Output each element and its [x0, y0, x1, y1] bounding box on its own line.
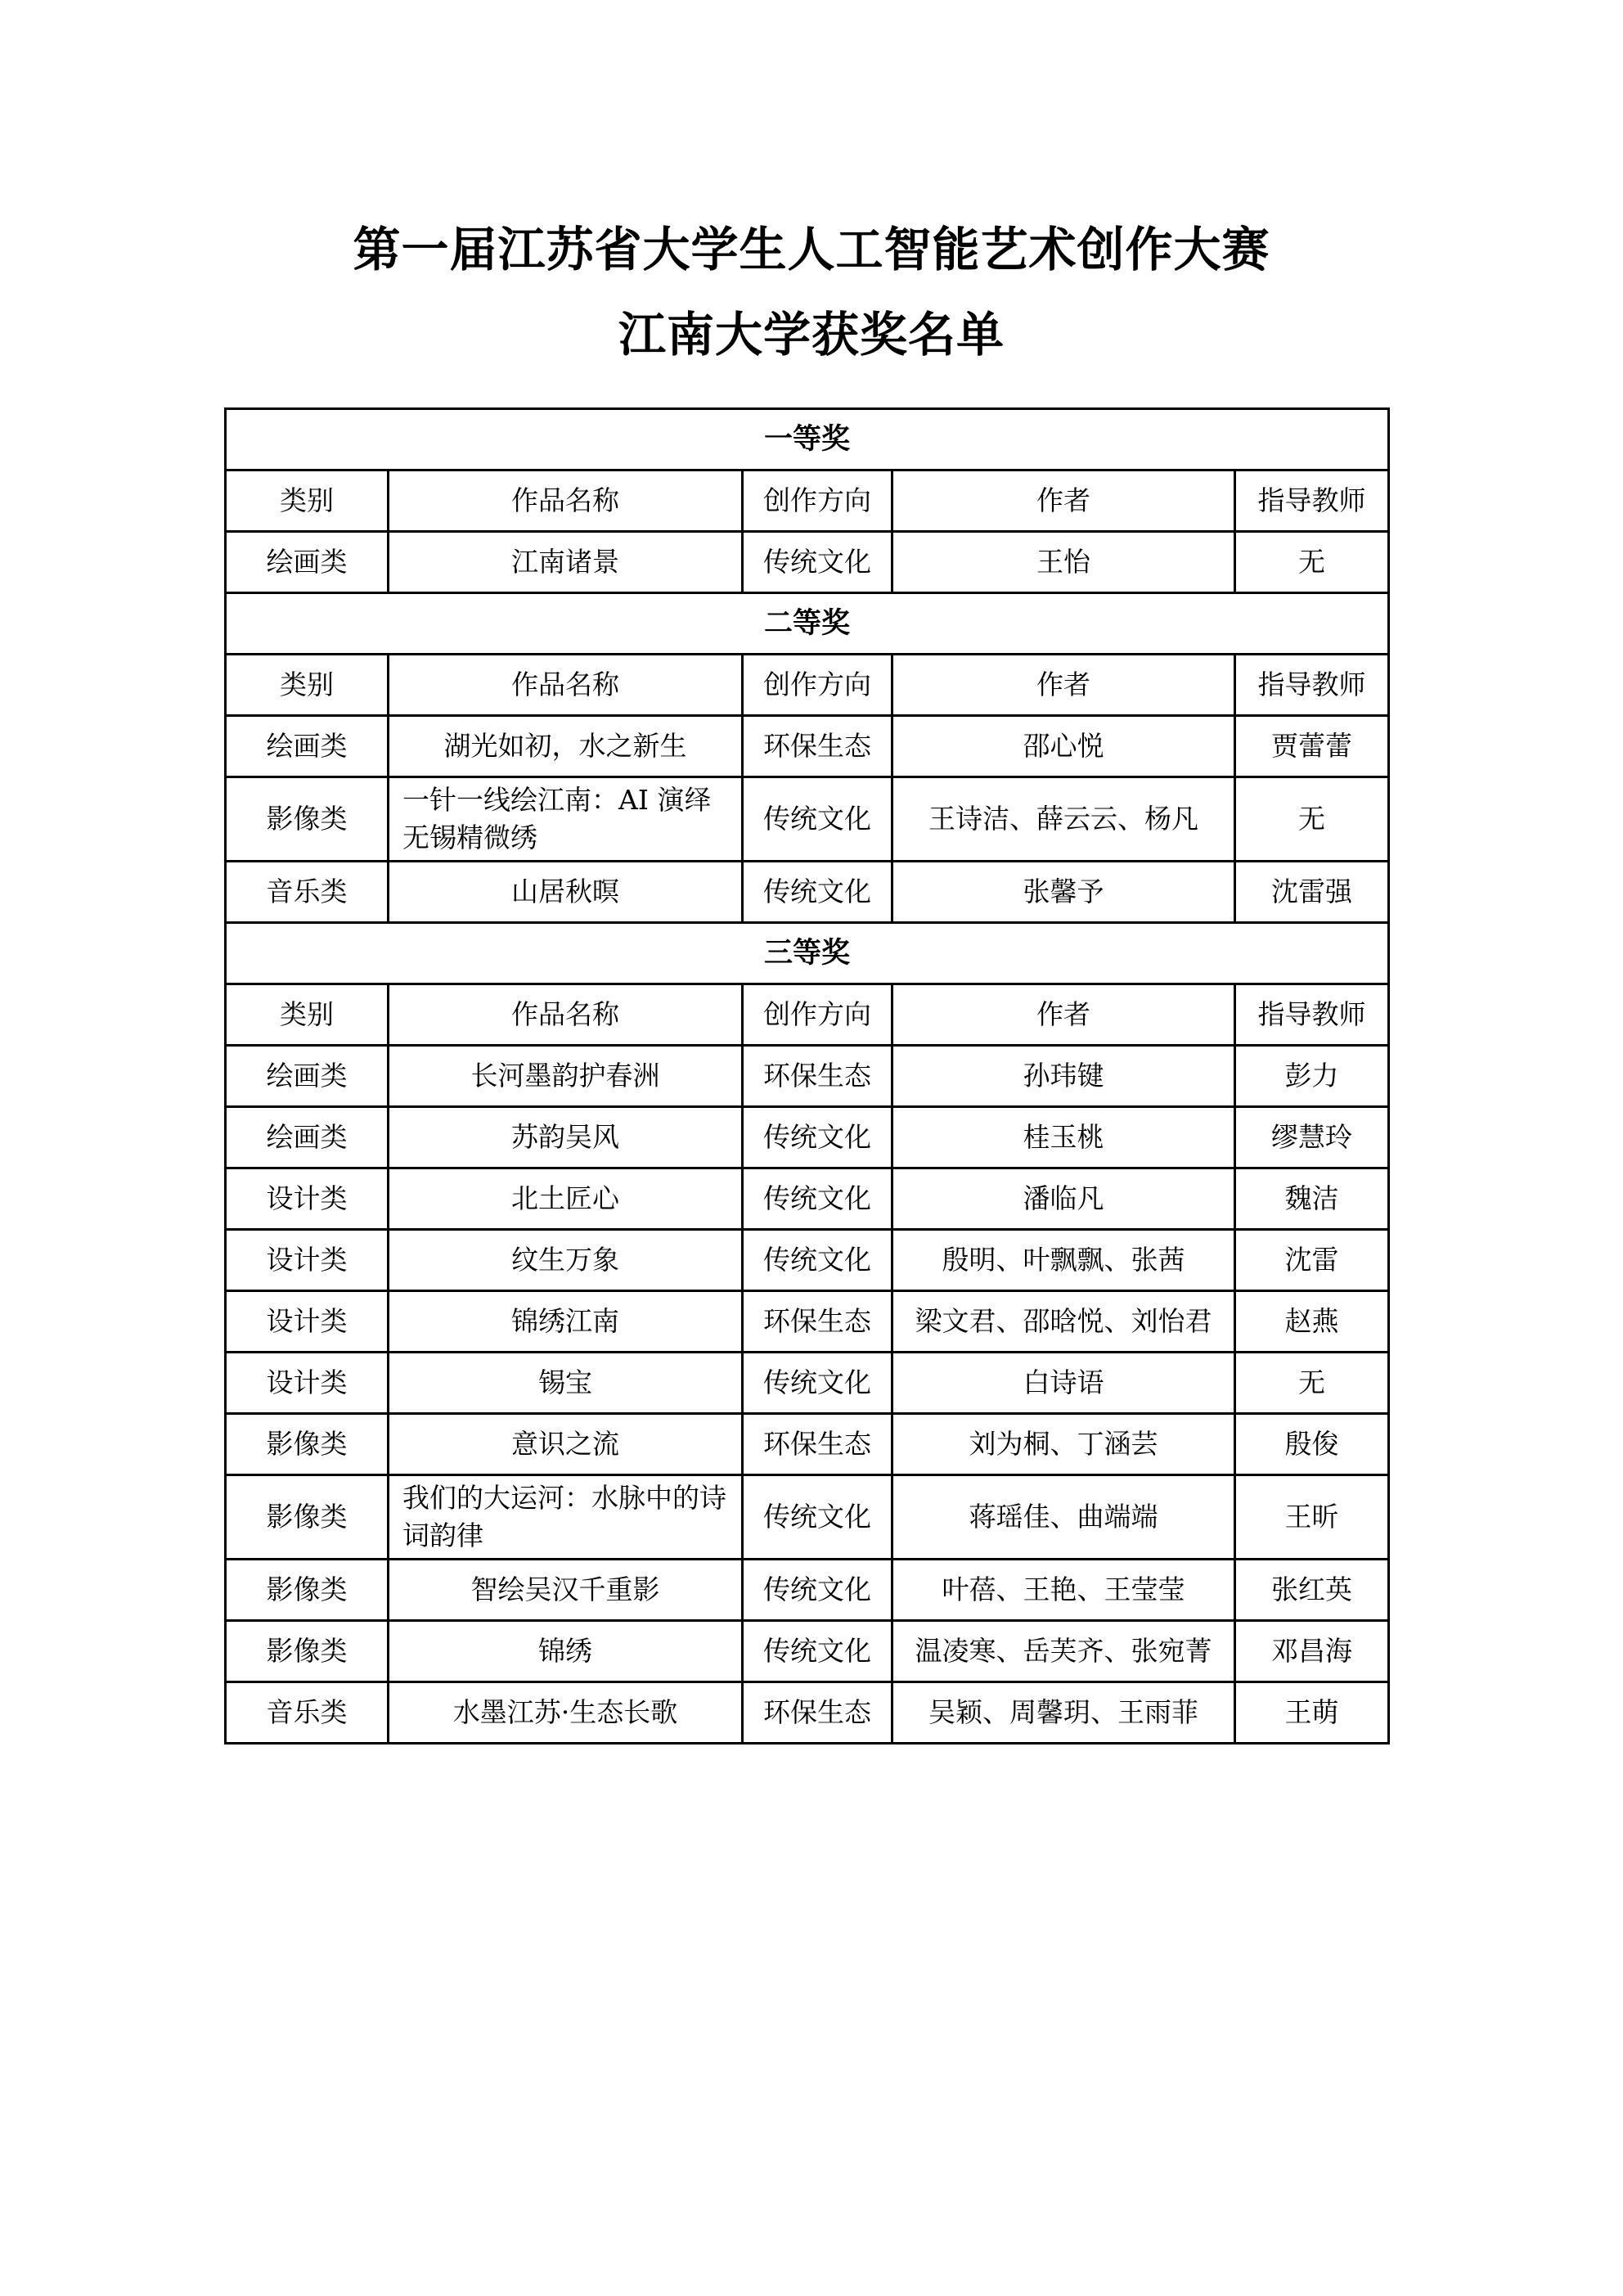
column-header-direction: 创作方向: [743, 470, 892, 532]
cell-authors: 梁文君、邵晗悦、刘怡君: [892, 1291, 1235, 1353]
cell-advisor: 赵燕: [1235, 1291, 1389, 1353]
awards-table: 一等奖 类别 作品名称 创作方向 作者 指导教师 绘画类 江南诸景 传统文化 王…: [224, 407, 1390, 1745]
cell-advisor: 沈雷强: [1235, 862, 1389, 923]
cell-work: 长河墨韵护春洲: [389, 1046, 743, 1107]
cell-work: 我们的大运河：水脉中的诗词韵律: [389, 1475, 743, 1560]
cell-advisor: 王萌: [1235, 1682, 1389, 1744]
cell-direction: 传统文化: [743, 532, 892, 593]
cell-category: 设计类: [226, 1168, 389, 1230]
cell-advisor: 魏洁: [1235, 1168, 1389, 1230]
cell-work: 锦绣江南: [389, 1291, 743, 1353]
table-row: 绘画类 江南诸景 传统文化 王怡 无: [226, 532, 1389, 593]
section-heading: 三等奖: [226, 923, 1389, 984]
cell-work: 锡宝: [389, 1353, 743, 1414]
cell-category: 影像类: [226, 777, 389, 862]
cell-work: 苏韵吴风: [389, 1107, 743, 1168]
cell-advisor: 无: [1235, 1353, 1389, 1414]
cell-authors: 桂玉桃: [892, 1107, 1235, 1168]
cell-authors: 吴颖、周馨玥、王雨菲: [892, 1682, 1235, 1744]
cell-advisor: 沈雷: [1235, 1230, 1389, 1291]
document-title: 第一届江苏省大学生人工智能艺术创作大赛: [0, 211, 1623, 280]
table-row: 设计类 纹生万象 传统文化 殷明、叶飘飘、张茜 沈雷: [226, 1230, 1389, 1291]
column-header-direction: 创作方向: [743, 984, 892, 1046]
cell-work: 意识之流: [389, 1414, 743, 1475]
table-row: 影像类 智绘吴汉千重影 传统文化 叶蓓、王艳、王莹莹 张红英: [226, 1560, 1389, 1621]
cell-direction: 环保生态: [743, 1682, 892, 1744]
cell-category: 绘画类: [226, 1107, 389, 1168]
column-header-work: 作品名称: [389, 655, 743, 716]
column-header-authors: 作者: [892, 984, 1235, 1046]
cell-authors: 王怡: [892, 532, 1235, 593]
cell-direction: 传统文化: [743, 1107, 892, 1168]
column-header-category: 类别: [226, 984, 389, 1046]
table-row: 设计类 北土匠心 传统文化 潘临凡 魏洁: [226, 1168, 1389, 1230]
cell-advisor: 贾蕾蕾: [1235, 716, 1389, 777]
cell-work: 水墨江苏·生态长歌: [389, 1682, 743, 1744]
cell-category: 绘画类: [226, 716, 389, 777]
document-subtitle: 江南大学获奖名单: [0, 296, 1623, 365]
cell-direction: 传统文化: [743, 1560, 892, 1621]
column-header-authors: 作者: [892, 655, 1235, 716]
section-heading-row: 二等奖: [226, 593, 1389, 655]
cell-authors: 殷明、叶飘飘、张茜: [892, 1230, 1235, 1291]
cell-work: 北土匠心: [389, 1168, 743, 1230]
cell-category: 影像类: [226, 1560, 389, 1621]
cell-direction: 传统文化: [743, 1621, 892, 1682]
cell-direction: 传统文化: [743, 1353, 892, 1414]
cell-authors: 孙玮键: [892, 1046, 1235, 1107]
cell-work: 智绘吴汉千重影: [389, 1560, 743, 1621]
cell-category: 影像类: [226, 1621, 389, 1682]
table-row: 音乐类 水墨江苏·生态长歌 环保生态 吴颖、周馨玥、王雨菲 王萌: [226, 1682, 1389, 1744]
cell-advisor: 邓昌海: [1235, 1621, 1389, 1682]
cell-direction: 传统文化: [743, 1168, 892, 1230]
cell-category: 设计类: [226, 1291, 389, 1353]
cell-advisor: 殷俊: [1235, 1414, 1389, 1475]
section-heading: 一等奖: [226, 409, 1389, 470]
cell-direction: 环保生态: [743, 1046, 892, 1107]
cell-direction: 传统文化: [743, 862, 892, 923]
cell-authors: 温凌寒、岳芙齐、张宛菁: [892, 1621, 1235, 1682]
cell-authors: 白诗语: [892, 1353, 1235, 1414]
cell-category: 音乐类: [226, 862, 389, 923]
cell-direction: 环保生态: [743, 1414, 892, 1475]
column-header-row: 类别 作品名称 创作方向 作者 指导教师: [226, 470, 1389, 532]
table-row: 设计类 锦绣江南 环保生态 梁文君、邵晗悦、刘怡君 赵燕: [226, 1291, 1389, 1353]
column-header-work: 作品名称: [389, 470, 743, 532]
cell-category: 影像类: [226, 1414, 389, 1475]
cell-work: 湖光如初，水之新生: [389, 716, 743, 777]
table-row: 绘画类 长河墨韵护春洲 环保生态 孙玮键 彭力: [226, 1046, 1389, 1107]
column-header-authors: 作者: [892, 470, 1235, 532]
table-row: 绘画类 苏韵吴风 传统文化 桂玉桃 缪慧玲: [226, 1107, 1389, 1168]
cell-authors: 潘临凡: [892, 1168, 1235, 1230]
cell-advisor: 王昕: [1235, 1475, 1389, 1560]
cell-category: 设计类: [226, 1353, 389, 1414]
cell-authors: 张馨予: [892, 862, 1235, 923]
cell-authors: 邵心悦: [892, 716, 1235, 777]
column-header-advisor: 指导教师: [1235, 470, 1389, 532]
column-header-advisor: 指导教师: [1235, 984, 1389, 1046]
cell-category: 设计类: [226, 1230, 389, 1291]
cell-advisor: 无: [1235, 532, 1389, 593]
cell-work: 江南诸景: [389, 532, 743, 593]
column-header-row: 类别 作品名称 创作方向 作者 指导教师: [226, 655, 1389, 716]
cell-authors: 王诗洁、薛云云、杨凡: [892, 777, 1235, 862]
cell-advisor: 张红英: [1235, 1560, 1389, 1621]
column-header-work: 作品名称: [389, 984, 743, 1046]
column-header-row: 类别 作品名称 创作方向 作者 指导教师: [226, 984, 1389, 1046]
column-header-direction: 创作方向: [743, 655, 892, 716]
cell-authors: 刘为桐、丁涵芸: [892, 1414, 1235, 1475]
table-row: 音乐类 山居秋暝 传统文化 张馨予 沈雷强: [226, 862, 1389, 923]
column-header-advisor: 指导教师: [1235, 655, 1389, 716]
cell-category: 绘画类: [226, 532, 389, 593]
cell-advisor: 彭力: [1235, 1046, 1389, 1107]
cell-category: 音乐类: [226, 1682, 389, 1744]
section-heading-row: 三等奖: [226, 923, 1389, 984]
cell-category: 影像类: [226, 1475, 389, 1560]
cell-category: 绘画类: [226, 1046, 389, 1107]
cell-advisor: 缪慧玲: [1235, 1107, 1389, 1168]
table-row: 影像类 我们的大运河：水脉中的诗词韵律 传统文化 蒋瑶佳、曲端端 王昕: [226, 1475, 1389, 1560]
section-heading-row: 一等奖: [226, 409, 1389, 470]
cell-direction: 传统文化: [743, 1475, 892, 1560]
cell-authors: 蒋瑶佳、曲端端: [892, 1475, 1235, 1560]
section-heading: 二等奖: [226, 593, 1389, 655]
cell-work: 纹生万象: [389, 1230, 743, 1291]
cell-direction: 环保生态: [743, 1291, 892, 1353]
table-row: 绘画类 湖光如初，水之新生 环保生态 邵心悦 贾蕾蕾: [226, 716, 1389, 777]
cell-direction: 环保生态: [743, 716, 892, 777]
cell-work: 锦绣: [389, 1621, 743, 1682]
cell-authors: 叶蓓、王艳、王莹莹: [892, 1560, 1235, 1621]
table-row: 设计类 锡宝 传统文化 白诗语 无: [226, 1353, 1389, 1414]
column-header-category: 类别: [226, 655, 389, 716]
table-row: 影像类 意识之流 环保生态 刘为桐、丁涵芸 殷俊: [226, 1414, 1389, 1475]
table-row: 影像类 一针一线绘江南：AI 演绎无锡精微绣 传统文化 王诗洁、薛云云、杨凡 无: [226, 777, 1389, 862]
cell-work: 山居秋暝: [389, 862, 743, 923]
table-row: 影像类 锦绣 传统文化 温凌寒、岳芙齐、张宛菁 邓昌海: [226, 1621, 1389, 1682]
cell-direction: 传统文化: [743, 1230, 892, 1291]
cell-advisor: 无: [1235, 777, 1389, 862]
column-header-category: 类别: [226, 470, 389, 532]
cell-work: 一针一线绘江南：AI 演绎无锡精微绣: [389, 777, 743, 862]
cell-direction: 传统文化: [743, 777, 892, 862]
